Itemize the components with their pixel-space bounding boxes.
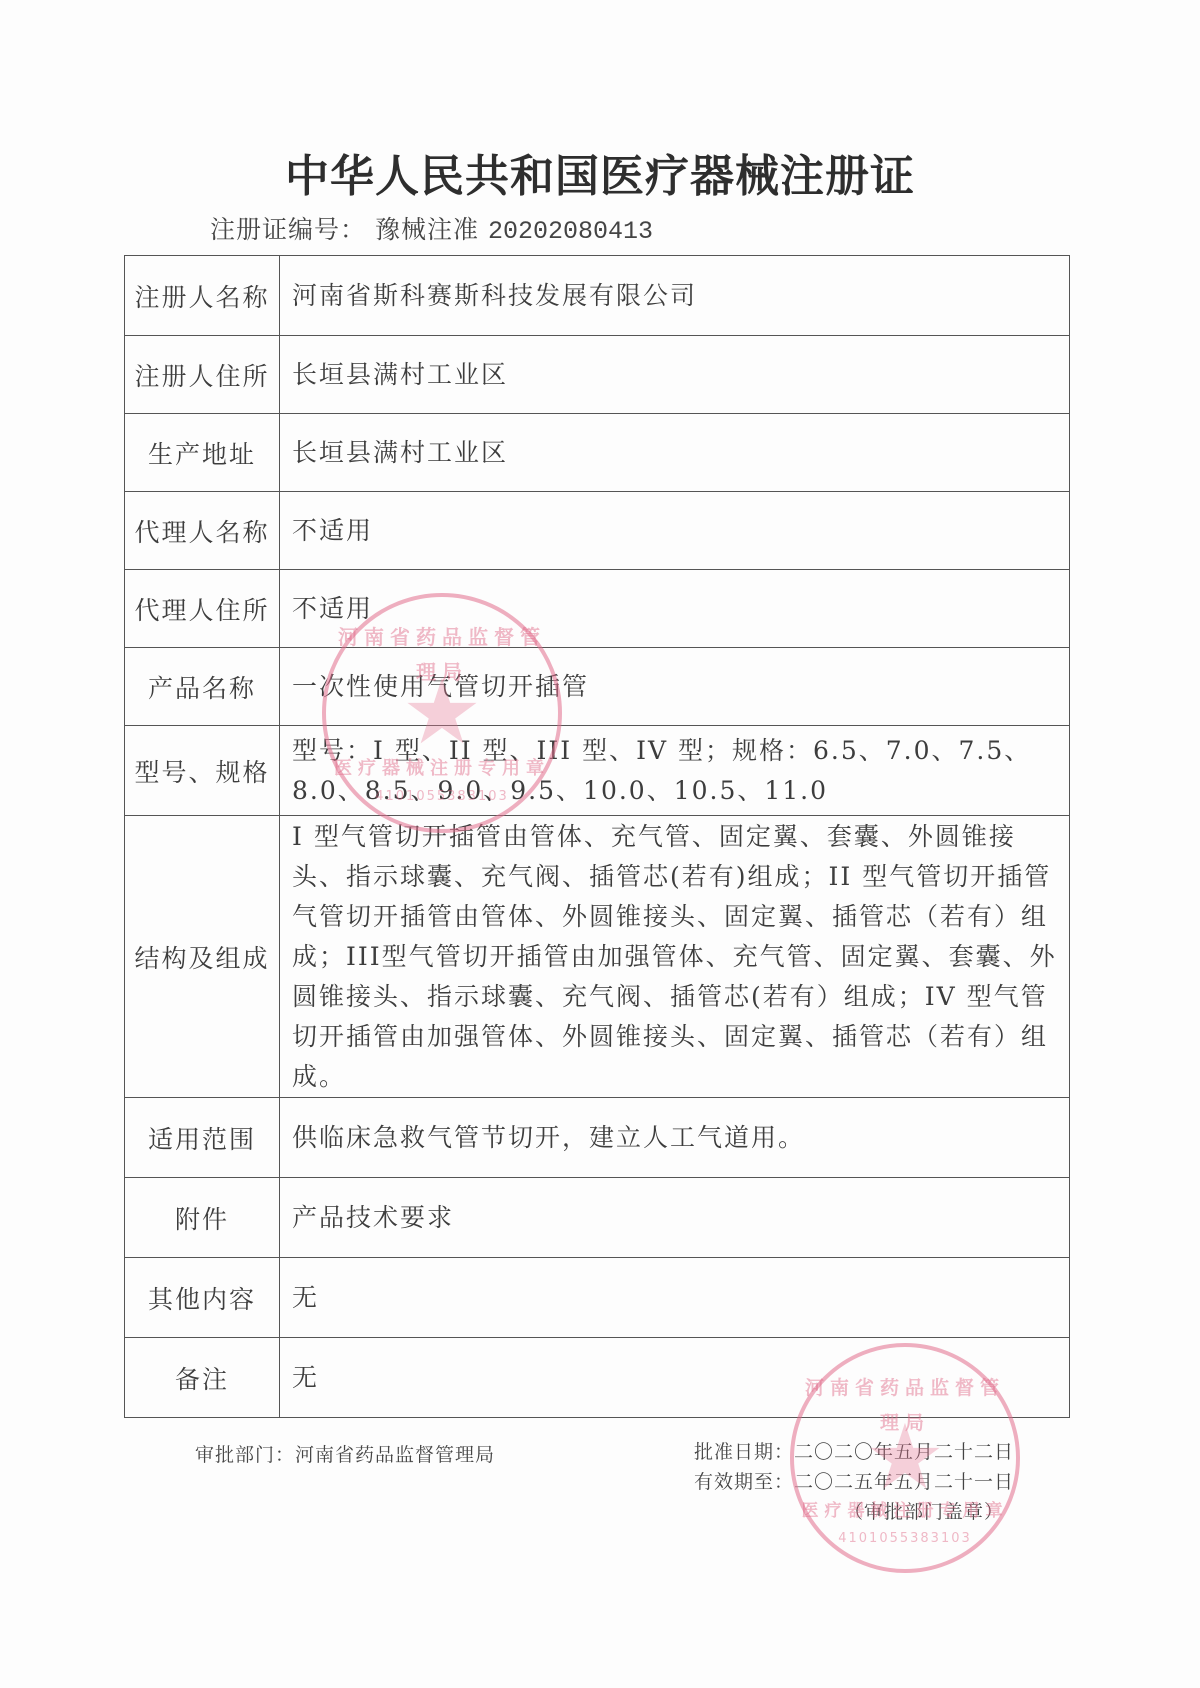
approval-dates: 批准日期：二〇二〇年五月二十二日 有效期至：二〇二五年五月二十一日 （审批部门盖…: [694, 1437, 1014, 1527]
row-value: 长垣县满村工业区: [280, 336, 1070, 414]
certificate-table: 注册人名称 河南省斯科赛斯科技发展有限公司 注册人住所 长垣县满村工业区 生产地…: [124, 255, 1070, 1418]
certificate-page: 中华人民共和国医疗器械注册证 注册证编号： 豫械注准 20202080413 注…: [0, 0, 1200, 1688]
row-label: 其他内容: [125, 1258, 280, 1338]
row-value: I 型气管切开插管由管体、充气管、固定翼、套囊、外圆锥接头、指示球囊、充气阀、插…: [280, 816, 1070, 1098]
row-value: 无: [280, 1258, 1070, 1338]
table-row: 注册人住所 长垣县满村工业区: [125, 336, 1070, 414]
row-label: 注册人住所: [125, 336, 280, 414]
approval-department: 审批部门：河南省药品监督管理局: [195, 1440, 495, 1467]
row-label: 适用范围: [125, 1098, 280, 1178]
row-value: 供临床急救气管节切开，建立人工气道用。: [280, 1098, 1070, 1178]
approval-department-value: 河南省药品监督管理局: [295, 1444, 495, 1466]
row-label: 代理人住所: [125, 570, 280, 648]
row-label: 代理人名称: [125, 492, 280, 570]
row-label: 产品名称: [125, 648, 280, 726]
valid-until-label: 有效期至：: [694, 1471, 794, 1493]
table-row: 产品名称 一次性使用气管切开插管: [125, 648, 1070, 726]
valid-until-value: 二〇二五年五月二十一日: [794, 1471, 1014, 1493]
row-label: 生产地址: [125, 414, 280, 492]
row-value: 不适用: [280, 570, 1070, 648]
approval-department-label: 审批部门：: [195, 1444, 295, 1466]
row-value: 产品技术要求: [280, 1178, 1070, 1258]
table-row: 生产地址 长垣县满村工业区: [125, 414, 1070, 492]
table-row: 代理人名称 不适用: [125, 492, 1070, 570]
table-row: 结构及组成 I 型气管切开插管由管体、充气管、固定翼、套囊、外圆锥接头、指示球囊…: [125, 816, 1070, 1098]
row-label: 型号、规格: [125, 726, 280, 816]
document-title: 中华人民共和国医疗器械注册证: [0, 140, 1200, 204]
row-value: 无: [280, 1338, 1070, 1418]
row-label: 备注: [125, 1338, 280, 1418]
table-row: 附件 产品技术要求: [125, 1178, 1070, 1258]
row-value: 一次性使用气管切开插管: [280, 648, 1070, 726]
row-value: 河南省斯科赛斯科技发展有限公司: [280, 256, 1070, 336]
registration-number-label: 注册证编号：: [210, 215, 366, 244]
seal-code: 4101055383103: [794, 1531, 1016, 1546]
stamp-note: （审批部门盖章）: [694, 1497, 1014, 1527]
table-row: 备注 无: [125, 1338, 1070, 1418]
row-value: 不适用: [280, 492, 1070, 570]
registration-number-value: 20202080413: [488, 217, 653, 246]
table-row: 代理人住所 不适用: [125, 570, 1070, 648]
row-label: 结构及组成: [125, 816, 280, 1098]
approval-date-value: 二〇二〇年五月二十二日: [794, 1441, 1014, 1463]
registration-number-prefix: 豫械注准: [375, 215, 479, 244]
approval-date: 批准日期：二〇二〇年五月二十二日: [694, 1437, 1014, 1467]
row-value: 长垣县满村工业区: [280, 414, 1070, 492]
valid-until: 有效期至：二〇二五年五月二十一日: [694, 1467, 1014, 1497]
table-row: 适用范围 供临床急救气管节切开，建立人工气道用。: [125, 1098, 1070, 1178]
table-row: 注册人名称 河南省斯科赛斯科技发展有限公司: [125, 256, 1070, 336]
row-value: 型号：I 型、II 型、III 型、IV 型；规格：6.5、7.0、7.5、8.…: [280, 726, 1070, 816]
table-row: 其他内容 无: [125, 1258, 1070, 1338]
registration-number: 注册证编号： 豫械注准 20202080413: [210, 210, 653, 246]
row-label: 注册人名称: [125, 256, 280, 336]
row-label: 附件: [125, 1178, 280, 1258]
approval-date-label: 批准日期：: [694, 1441, 794, 1463]
table-row: 型号、规格 型号：I 型、II 型、III 型、IV 型；规格：6.5、7.0、…: [125, 726, 1070, 816]
